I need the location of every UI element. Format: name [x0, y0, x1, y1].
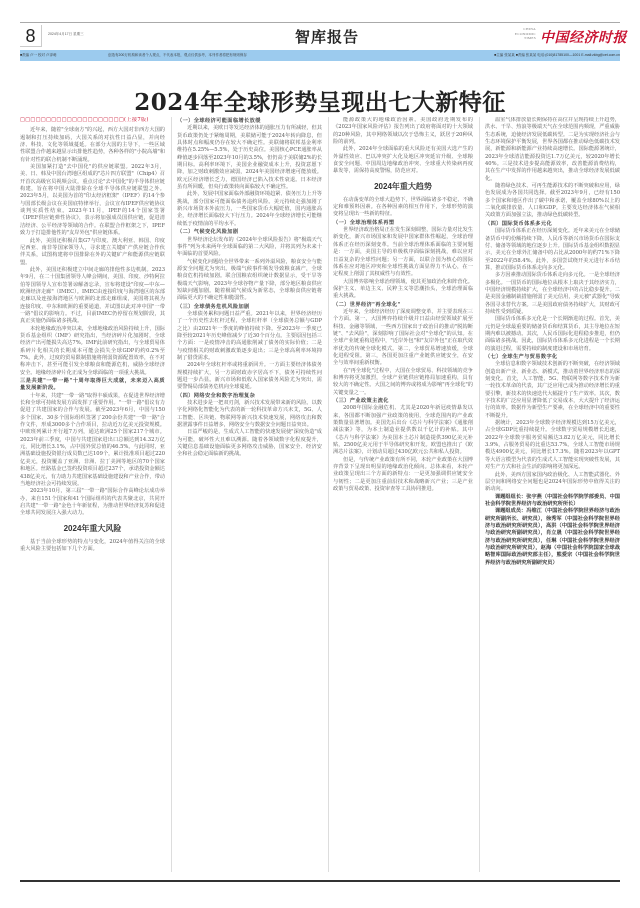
body-paragraph: 国际货币体系正在经历深刻变化。近年来美元在全球储备货币中的份额持续下降，人民币等… — [485, 228, 620, 272]
research-group-credit: 课题组组长：张宇燕（中国社会科学院学部委员、中国社会科学院世界经济与政治研究所所… — [485, 494, 620, 509]
body-paragraph: 此外，发展中国家面临外部融资环境趋紧、债务压力上升等挑战，部分国家可能面临债务违… — [177, 191, 322, 228]
contact-line: ■主编 张某某 ■责编 张某某 电话:(010)81785100—1001 E-… — [494, 53, 620, 58]
body-paragraph: 国际货币体系多元化是一个长期渐进的过程。首先，美元仍是全球最重要的储备货币和结算… — [485, 316, 620, 353]
column-divider — [171, 117, 172, 872]
column-divider — [328, 117, 329, 872]
body-paragraph: 此外，美国还积极建立中间走廊的排他性多边机制。2023年9月，在二十国集团领导人… — [20, 267, 165, 326]
body-paragraph: 近期以来，美欧日等发达经济体的通胀压力有所减轻，但其货币政策仍处于紧缩周期，美联… — [177, 125, 322, 191]
body-paragraph: 全球信息和数字领域技术创新的不断突破，在经济领域创造出新产业、新业态、新模式，推… — [485, 361, 620, 420]
body-paragraph: 世界经济论坛发布的《2024年全球风险报告》将"极端天气事件"列为未来两年全球面… — [177, 237, 322, 259]
body-paragraph: 十年来，共建"一带一路"取得丰硕成果，在促进世界经济增长和全球可持续发展方面发挥… — [20, 393, 165, 488]
body-paragraph: 随着绿色技术、可再生能源技术的不断突破和应用，绿色发展成为各国共同选择。截至20… — [485, 183, 620, 220]
page-number: 8 — [20, 25, 42, 47]
brand-english-logo: CHINA ECONOMIC TIMES — [500, 27, 536, 41]
info-bar: ■责编 卢一 校对 卢泽萌 创造有200万机构和读者个人观点，不代表本报，观点仅… — [20, 50, 620, 61]
column-4: 温室气体排放量长期保持在高位并呈现持续上升趋势，洪水、干旱、热浪等极端天气在全球… — [485, 117, 620, 877]
disclaimer-line: 创造有200万机构和读者个人观点，不代表本报，观点仅供参考，本刊作者将把有规则保… — [108, 53, 247, 58]
article-headline: 2024年全球形势呈现出七大新特征 — [20, 84, 620, 117]
body-paragraph: 多方因素推动国际货币体系走向多元化。一是全球经济多极化。一国货币的国际地位从根本… — [485, 272, 620, 316]
subsection-heading: （四）网络安全和数字治理复杂 — [177, 393, 322, 400]
bottom-rule — [20, 880, 620, 882]
column-3: 能源政策大的地缘政治因素。美国政府近期发布的《2023年国家风险评估》报告列出了… — [333, 117, 473, 877]
body-paragraph: 此外，2024年全球面临的重大风险还有美国大选产生的外溢性效应、巴以冲突扩大化及… — [333, 146, 473, 175]
body-paragraph: 2008年国际金融危机、尤其是2020年新冠疫情暴发以来，各国都不断加强产业政策… — [333, 405, 473, 456]
subsection-heading: 三是共建"一带一路"十周年取得巨大成就，未来迈入高质量发展新阶段。 — [20, 378, 165, 393]
column-1: □□□□□□□□□□□□□□□□□□□□(上接7版) 近年来，随着"全球南方"的… — [20, 117, 165, 877]
brand-chinese-logo: 中国经济时报 — [540, 27, 627, 47]
section-heading: 2024年重大风险 — [20, 524, 165, 534]
body-paragraph: 能源政策大的地缘政治因素。美国政府近期发布的《2023年国家风险评估》报告列出了… — [333, 117, 473, 146]
subsection-heading: （三）全球债务危机风险加剧 — [177, 304, 322, 311]
subsection-heading: （二）世界经济"再全球化" — [333, 302, 473, 309]
body-paragraph: 但是，与传统产业政策有所不同，本轮产业政策在大国博弈背景下呈现出明显的地缘政治化… — [333, 457, 473, 494]
body-paragraph: 近年来，全球经济经历了深度调整变革，并主要表现在三个方面。第一，大国博弈持续升级… — [333, 309, 473, 368]
subsection-heading: （二）气候变化风险加剧 — [177, 229, 322, 236]
body-paragraph: 此外，美国还积极召集G7与印度、澳大利亚、韩国、印度尼西亚、南非等国家领导人，寻… — [20, 238, 165, 267]
body-paragraph: 据统计，2023年全球数字经济规模达到15万亿美元，占全球GDP比重持续提升。全… — [485, 420, 620, 471]
masthead: 8 2024年4月17日 星期三 智库报告 CHINA ECONOMIC TIM… — [20, 22, 620, 50]
body-paragraph: 近年来，随着"全球南方"的兴起，西方大国对非西方大国的遏制和打压持续加码，大国关… — [20, 127, 165, 164]
body-paragraph: 温室气体排放量长期保持在高位并呈现持续上升趋势，洪水、干旱、热浪等极端天气在全球… — [485, 117, 620, 183]
body-paragraph: 基于当前全球形势的特点与变化，2024年值得关注的全球重大风险主要包括如下几个方… — [20, 539, 165, 554]
body-paragraph: 大国博弈影响全球治理领域，使其更加政治化和阵营化。保护主义、单边主义、民粹主义等… — [333, 279, 473, 301]
article-body: □□□□□□□□□□□□□□□□□□□□(上接7版) 近年来，随着"全球南方"的… — [20, 117, 620, 877]
brand-en-line: TIMES — [500, 36, 536, 41]
body-paragraph: 世界经济政治格局正在发生深刻调整，国际力量对比发生新变化，新兴市场国家和发展中国… — [333, 227, 473, 278]
body-paragraph: 气候变化问题给全世界带来一系列外溢风险，粮食安全与能源安全问题尤为突出。极端气候… — [177, 259, 322, 303]
editor-line: ■责编 卢一 校对 卢泽萌 — [20, 53, 57, 58]
section-heading: 2024年重大趋势 — [333, 182, 473, 192]
section-title: 智库报告 — [295, 26, 359, 47]
date-line: 2024年4月17日 星期三 — [48, 32, 84, 37]
body-paragraph: 在"再全球化"过程中，大国在全球贸易、科技领域的竞争和博弈将更加激烈，全球产业链… — [333, 368, 473, 397]
column-2: （一）全球经济可能面临增长放缓近期以来，美欧日等发达经济体的通胀压力有所减轻，但… — [177, 117, 322, 877]
continued-from-tag: □□□□□□□□□□□□□□□□□□□□(上接7版) — [20, 117, 165, 124]
body-paragraph: 本轮地缘政治冲突以来，全球地缘政治风险持续上升，国际货币基金组织（IMF）研究指… — [20, 326, 165, 377]
body-paragraph: 在动荡变革的全球大趋势下，世界面临诸多不稳定、不确定和难预料因素。在各种因素的相… — [333, 197, 473, 219]
body-paragraph: 此外，美西方国家国内政治极化、人工智能武器化、外层空间和网络安全问题也是2024… — [485, 472, 620, 494]
research-group-credit: 课题组成员：冯维江（中国社会科学院世界经济与政治研究所副所长、研究员），徐秀军（… — [485, 508, 620, 567]
body-paragraph: 2024年全球杠杆率或将重新回升。一方面主要经济体债务规模持续扩大，另一方面财政… — [177, 362, 322, 391]
newspaper-page: 8 2024年4月17日 星期三 智库报告 CHINA ECONOMIC TIM… — [20, 22, 620, 882]
body-paragraph: 美国加紧打造"去中国化"的供应链联盟。2022年3月，美、日、韩及中国台湾地区组… — [20, 164, 165, 237]
body-paragraph: 2023年10月，第三届"一带一路"国际合作高峰论坛成功举办，来自151个国家和… — [20, 488, 165, 517]
column-divider — [479, 117, 480, 872]
body-paragraph: 日益严峻的是，生成式人工智能的快速发展使"深度伪造"成为可能，破坏性大且难以溯源… — [177, 429, 322, 458]
body-paragraph: 全球债务累积问题日益严重。2021年以来，世界经济经历了一个历史性去杠杆过程，全… — [177, 311, 322, 362]
body-paragraph: 技术进步是一把双刃剑，新兴技术发展带来新的风险。以数字化网络化智能化为代表的新一… — [177, 400, 322, 429]
